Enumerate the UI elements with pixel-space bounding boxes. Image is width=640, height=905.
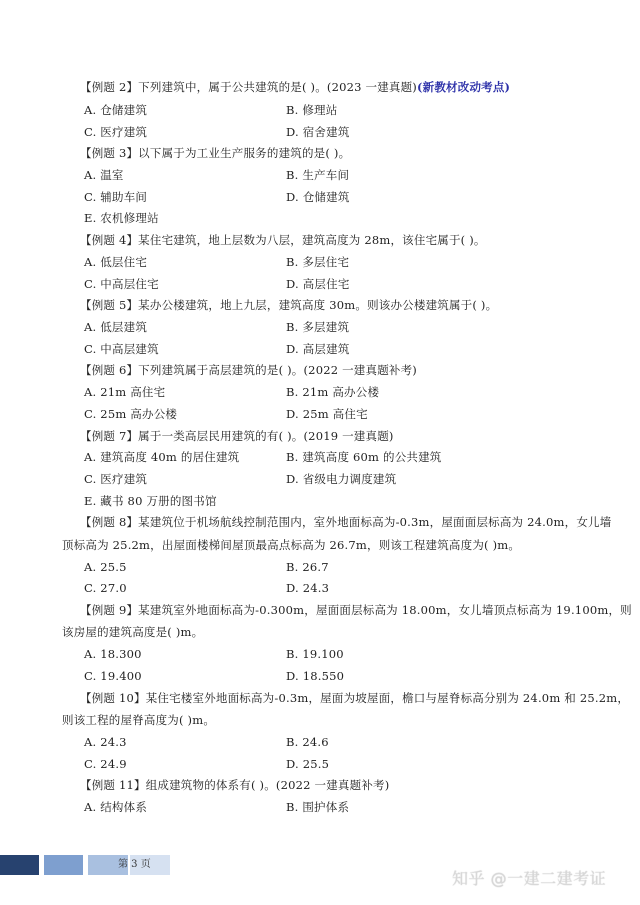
option: C. 辅助车间	[84, 189, 147, 205]
option: C. 中高层住宅	[84, 276, 159, 292]
option: E. 藏书 80 万册的图书馆	[84, 493, 217, 509]
question-stem-continued: 该房屋的建筑高度是( )m。	[62, 624, 203, 640]
option: C. 医疗建筑	[84, 124, 147, 140]
question-stem: 【例题 10】某住宅楼室外地面标高为-0.3m，屋面为坡屋面，檐口与屋脊标高分别…	[80, 690, 629, 706]
page-number: 第 3 页	[118, 857, 151, 873]
option: C. 25m 高办公楼	[84, 406, 177, 422]
option: C. 19.400	[84, 668, 142, 684]
new-textbook-tag: (新教材改动考点)	[417, 80, 510, 94]
watermark: 知乎 @一建二建考证	[452, 866, 606, 889]
option: A. 24.3	[84, 734, 127, 750]
option: C. 医疗建筑	[84, 471, 147, 487]
option: B. 24.6	[286, 734, 329, 750]
option: B. 生产车间	[286, 167, 349, 183]
option: A. 18.300	[84, 646, 142, 662]
option: E. 农机修理站	[84, 210, 159, 226]
question-stem: 【例题 6】下列建筑属于高层建筑的是( )。(2022 一建真题补考)	[80, 362, 417, 378]
option: D. 省级电力调度建筑	[286, 471, 396, 487]
option: C. 中高层建筑	[84, 341, 159, 357]
option: D. 25m 高住宅	[286, 406, 368, 422]
question-text: 【例题 2】下列建筑中，属于公共建筑的是( )。(2023 一建真题)	[80, 80, 417, 94]
question-stem: 【例题 11】组成建筑物的体系有( )。(2022 一建真题补考)	[80, 777, 389, 793]
option: A. 结构体系	[84, 799, 147, 815]
option: D. 宿舍建筑	[286, 124, 350, 140]
question-stem: 【例题 9】某建筑室外地面标高为-0.300m，屋面面层标高为 18.00m，女…	[80, 602, 632, 618]
option: D. 仓储建筑	[286, 189, 350, 205]
question-stem-continued: 则该工程的屋脊高度为( )m。	[62, 712, 215, 728]
footer-decor-block	[0, 855, 39, 875]
option: D. 高层住宅	[286, 276, 350, 292]
option: B. 多层建筑	[286, 319, 349, 335]
option: A. 仓储建筑	[84, 102, 147, 118]
option: A. 低层建筑	[84, 319, 147, 335]
option: B. 修理站	[286, 102, 337, 118]
option: B. 围护体系	[286, 799, 349, 815]
option: A. 建筑高度 40m 的居住建筑	[84, 449, 239, 465]
option: D. 高层建筑	[286, 341, 350, 357]
option: B. 建筑高度 60m 的公共建筑	[286, 449, 442, 465]
question-stem: 【例题 8】某建筑位于机场航线控制范围内，室外地面标高为-0.3m，屋面面层标高…	[80, 514, 611, 530]
option: A. 21m 高住宅	[84, 384, 165, 400]
question-stem-continued: 顶标高为 25.2m，出屋面楼梯间屋顶最高点标高为 26.7m，则该工程建筑高度…	[62, 537, 520, 553]
question-stem: 【例题 4】某住宅建筑，地上层数为八层，建筑高度为 28m，该住宅属于( )。	[80, 232, 486, 248]
question-stem: 【例题 5】某办公楼建筑，地上九层，建筑高度 30m。则该办公楼建筑属于( )。	[80, 297, 497, 313]
question-stem: 【例题 7】属于一类高层民用建筑的有( )。(2019 一建真题)	[80, 428, 394, 444]
option: A. 25.5	[84, 559, 127, 575]
option: D. 18.550	[286, 668, 344, 684]
option: D. 24.3	[286, 580, 329, 596]
question-stem: 【例题 3】以下属于为工业生产服务的建筑的是( )。	[80, 145, 350, 161]
option: B. 26.7	[286, 559, 329, 575]
option: B. 多层住宅	[286, 254, 349, 270]
document-page: 【例题 2】下列建筑中，属于公共建筑的是( )。(2023 一建真题)(新教材改…	[0, 0, 640, 905]
option: B. 19.100	[286, 646, 344, 662]
option: B. 21m 高办公楼	[286, 384, 379, 400]
option: A. 低层住宅	[84, 254, 147, 270]
question-stem: 【例题 2】下列建筑中，属于公共建筑的是( )。(2023 一建真题)(新教材改…	[80, 79, 510, 95]
option: C. 27.0	[84, 580, 127, 596]
option: C. 24.9	[84, 756, 127, 772]
option: A. 温室	[84, 167, 124, 183]
footer-decor-block	[44, 855, 83, 875]
option: D. 25.5	[286, 756, 329, 772]
